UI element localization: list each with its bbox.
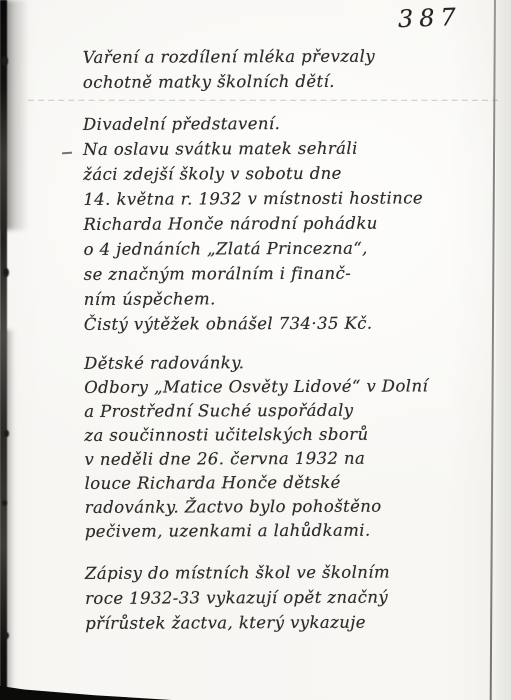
paragraph-children-festivities: Dětské radovánky. Odbory „Matice Osvěty … [84,350,495,544]
paragraph-school-enrollment: Zápisy do místních škol ve školním roce … [85,559,495,636]
handwritten-heading: Dětské radovánky. [84,350,494,376]
handwritten-line: radovánky. Žactvo bylo pohoštěno [85,494,495,520]
paragraph-milk-distribution: Vaření a rozdílení mléka převzaly ochotn… [83,43,493,95]
handwritten-line: ochotně matky školních dětí. [83,68,493,95]
page-number: 387 [398,3,463,33]
handwritten-heading: Divadelní představení. [83,110,493,137]
handwritten-line: Čistý výtěžek obnášel 734·35 Kč. [84,310,494,337]
handwritten-line: Na oslavu svátku matek sehráli [83,135,493,162]
handwritten-line: pečivem, uzenkami a lahůdkami. [85,518,495,544]
handwritten-line: a Prostřední Suché uspořádaly [84,398,494,424]
handwritten-line: přírůstek žactva, který vykazuje [85,609,495,636]
handwritten-line: žáci zdejší školy v sobotu dne [83,160,493,187]
ink-speck [4,430,9,437]
handwritten-line: Vaření a rozdílení mléka převzaly [83,43,493,70]
handwritten-line: ním úspěchem. [84,285,494,312]
handwritten-line: o 4 jednáních „Zlatá Princezna“, [84,235,494,262]
handwritten-line: 14. května r. 1932 v místnosti hostince [83,185,493,212]
ink-speck [3,268,9,277]
handwritten-line: v neděli dne 26. června 1932 na [84,446,494,472]
handwritten-line: Odbory „Matice Osvěty Lidové“ v Dolní [84,374,494,400]
scan-left-edge [0,0,7,700]
handwritten-line: se značným morálním i finanč- [84,260,494,287]
handwritten-line: za součinnosti učitelských sborů [84,422,494,448]
handwritten-line: louce Richarda Honče dětské [85,470,495,496]
handwritten-text: Vaření a rozdílení mléka převzaly ochotn… [83,43,496,653]
scan-corner-artifact [0,685,172,700]
ink-speck [3,632,9,639]
page-right-margin-strip [496,0,511,700]
handwritten-line: roce 1932-33 vykazují opět značný [85,584,495,611]
handwritten-line: Zápisy do místních škol ve školním [85,559,495,586]
ink-speck [2,500,7,506]
handwritten-line: Richarda Honče národní pohádku [83,210,493,237]
margin-dash-mark [62,152,72,155]
scanned-document-page: 387 Vaření a rozdílení mléka převzaly oc… [0,0,511,700]
ink-speck [1,56,8,66]
paragraph-theatre-performance: Divadelní představení. Na oslavu svátku … [83,110,494,337]
